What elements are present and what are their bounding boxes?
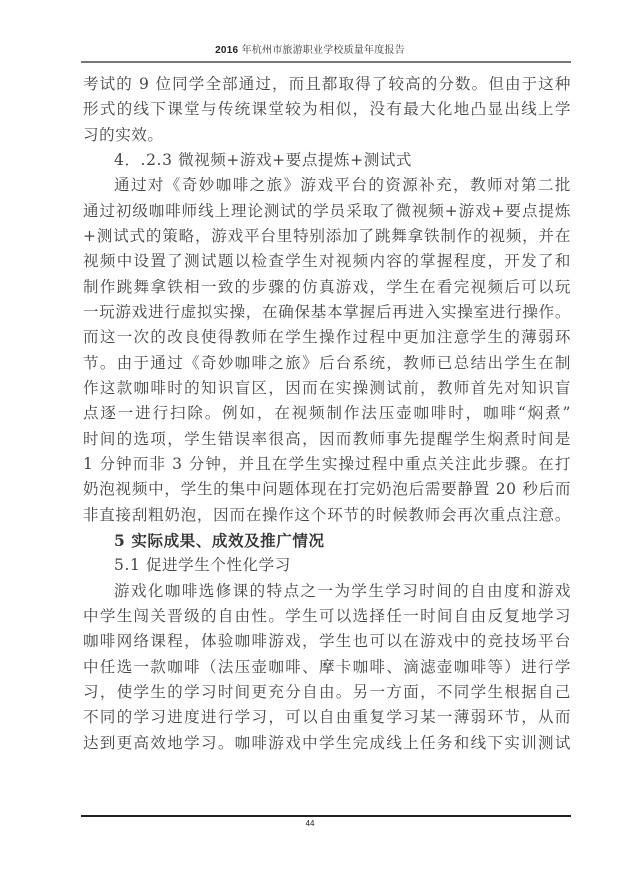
text-line: 考试的 9 位同学全部通过，而且都取得了较高的分数。但由于这种 (83, 72, 571, 97)
text-line: 习的实效。 (83, 123, 571, 148)
text-line: 奶泡视频中，学生的集中问题体现在打完奶泡后需要静置 20 秒后而 (83, 477, 571, 502)
page-number: 44 (0, 819, 620, 828)
section-subheading: 4．.2.3 微视频+游戏+要点提炼+测试式 (83, 148, 571, 173)
text-line: 中任选一款咖啡（法压壶咖啡、摩卡咖啡、滴滤壶咖啡等）进行学 (83, 655, 571, 680)
text-line: 而这一次的改良使得教师在学生操作过程中更加注意学生的薄弱环 (83, 325, 571, 350)
section-heading: 5 实际成果、成效及推广情况 (83, 528, 571, 553)
footer-divider (81, 815, 571, 817)
text-line: 通过初级咖啡师线上理论测试的学员采取了微视频+游戏+要点提炼 (83, 199, 571, 224)
text-line: 节。由于通过《奇妙咖啡之旅》后台系统，教师已总结出学生在制 (83, 351, 571, 376)
text-line: 形式的线下课堂与传统课堂较为相似，没有最大化地凸显出线上学 (83, 97, 571, 122)
text-line: 一玩游戏进行虚拟实操，在确保基本掌握后再进入实操室进行操作。 (83, 300, 571, 325)
text-line: 1 分钟而非 3 分钟，并且在学生实操过程中重点关注此步骤。在打 (83, 452, 571, 477)
header-year: 2016 (215, 45, 238, 56)
text-line: 咖啡网络课程，体验咖啡游戏，学生也可以在游戏中的竞技场平台 (83, 629, 571, 654)
running-header: 2016 年杭州市旅游职业学校质量年度报告 (0, 41, 620, 56)
text-line: 非直接刮粗奶泡，因而在操作这个环节的时候教师会再次重点注意。 (83, 503, 571, 528)
text-line: 时间的选项，学生错误率很高，因而教师事先提醒学生焖煮时间是 (83, 427, 571, 452)
header-divider (81, 61, 571, 63)
text-line: 作这款咖啡时的知识盲区，因而在实操测试前，教师首先对知识盲 (83, 376, 571, 401)
section-subheading: 5.1 促进学生个性化学习 (83, 553, 571, 578)
text-line: 达到更高效地学习。咖啡游戏中学生完成线上任务和线下实训测试 (83, 731, 571, 756)
text-line: 游戏化咖啡选修课的特点之一为学生学习时间的自由度和游戏 (83, 579, 571, 604)
text-line: 通过对《奇妙咖啡之旅》游戏平台的资源补充，教师对第二批 (83, 173, 571, 198)
text-line: 习，使学生的学习时间更充分自由。另一方面，不同学生根据自己 (83, 680, 571, 705)
text-line: 制作跳舞拿铁相一致的步骤的仿真游戏，学生在看完视频后可以玩 (83, 275, 571, 300)
text-line: 中学生闯关晋级的自由性。学生可以选择任一时间自由反复地学习 (83, 604, 571, 629)
text-line: 不同的学习进度进行学习，可以自由重复学习某一薄弱环节，从而 (83, 705, 571, 730)
body-text: 考试的 9 位同学全部通过，而且都取得了较高的分数。但由于这种 形式的线下课堂与… (83, 72, 571, 756)
text-line: 点逐一进行扫除。例如，在视频制作法压壶咖啡时，咖啡“焖煮” (83, 401, 571, 426)
document-page: 2016 年杭州市旅游职业学校质量年度报告 考试的 9 位同学全部通过，而且都取… (0, 0, 620, 877)
header-title-text: 年杭州市旅游职业学校质量年度报告 (242, 45, 405, 56)
text-line: 视频中设置了测试题以检查学生对视频内容的掌握程度，开发了和 (83, 249, 571, 274)
text-line: +测试式的策略，游戏平台里特别添加了跳舞拿铁制作的视频，并在 (83, 224, 571, 249)
